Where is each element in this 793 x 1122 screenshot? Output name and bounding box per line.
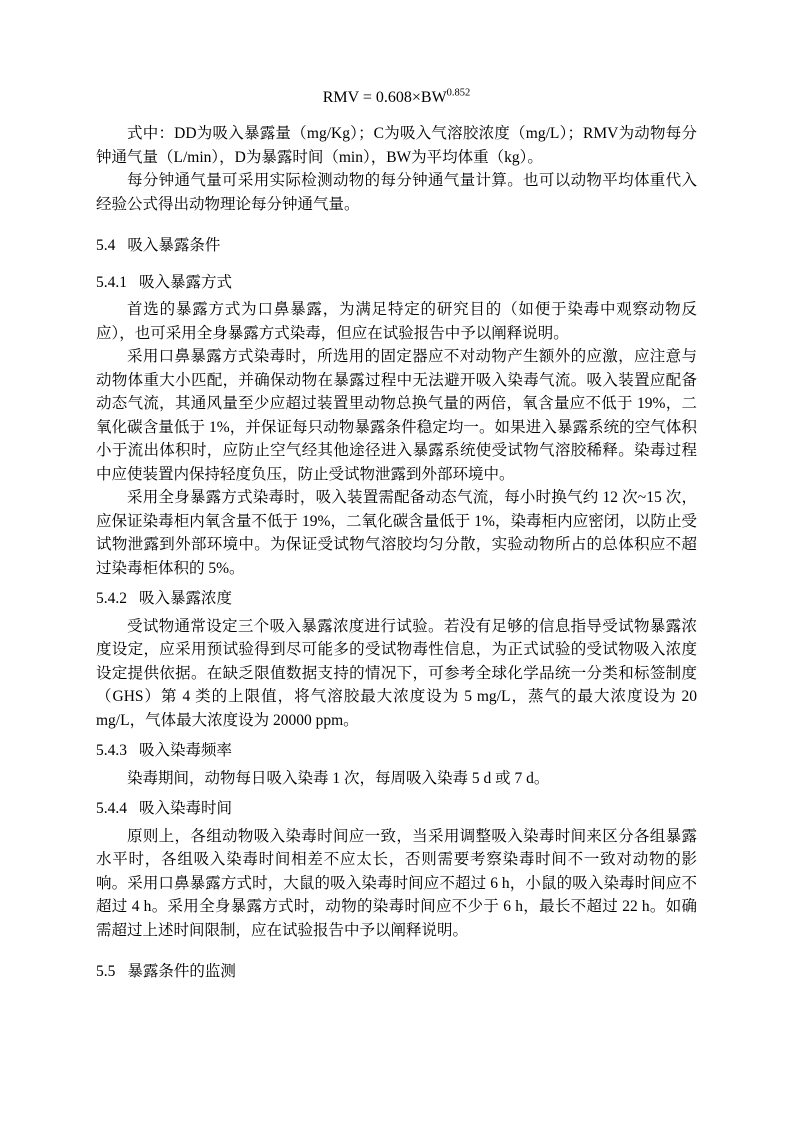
heading-5-4-2-number: 5.4.2 — [96, 590, 127, 607]
heading-5-4-3: 5.4.3吸入染毒频率 — [96, 739, 697, 763]
heading-5-4-1-number: 5.4.1 — [96, 274, 127, 291]
heading-5-4-4-title: 吸入染毒时间 — [139, 800, 232, 817]
heading-5-4-3-title: 吸入染毒频率 — [139, 742, 232, 759]
paragraph-minute-ventilation: 每分钟通气量可采用实际检测动物的每分钟通气量计算。也可以动物平均体重代入经验公式… — [96, 169, 697, 216]
heading-5-4-4-number: 5.4.4 — [96, 800, 127, 817]
paragraph-formula-legend: 式中：DD为吸入暴露量（mg/Kg）；C为吸入气溶胶浓度（mg/L）；RMV为动… — [96, 122, 697, 169]
heading-5-5: 5.5暴露条件的监测 — [96, 960, 697, 984]
heading-5-4-1: 5.4.1吸入暴露方式 — [96, 271, 697, 295]
formula-exponent: 0.852 — [447, 88, 471, 99]
paragraph-nose-only-exposure: 采用口鼻暴露方式染毒时，所选用的固定器应不对动物产生额外的应激，应注意与动物体重… — [96, 345, 697, 486]
heading-5-4-1-title: 吸入暴露方式 — [139, 274, 232, 291]
heading-5-5-number: 5.5 — [96, 963, 115, 980]
formula-base: RMV = 0.608×BW — [323, 89, 447, 106]
heading-5-4-number: 5.4 — [96, 237, 115, 254]
heading-5-4-2-title: 吸入暴露浓度 — [139, 590, 232, 607]
paragraph-exposure-mode-preferred: 首选的暴露方式为口鼻暴露，为满足特定的研究目的（如便于染毒中观察动物反应），也可… — [96, 298, 697, 345]
heading-5-5-title: 暴露条件的监测 — [127, 963, 236, 980]
paragraph-exposure-duration: 原则上，各组动物吸入染毒时间应一致，当采用调整吸入染毒时间来区分各组暴露水平时，… — [96, 825, 697, 943]
paragraph-exposure-frequency: 染毒期间，动物每日吸入染毒 1 次，每周吸入染毒 5 d 或 7 d。 — [96, 767, 697, 791]
formula-rmv: RMV = 0.608×BW0.852 — [96, 86, 697, 110]
document-page: RMV = 0.608×BW0.852 式中：DD为吸入暴露量（mg/Kg）；C… — [0, 0, 793, 1122]
paragraph-exposure-concentration: 受试物通常设定三个吸入暴露浓度进行试验。若没有足够的信息指导受试物暴露浓度设定，… — [96, 615, 697, 733]
heading-5-4-title: 吸入暴露条件 — [127, 237, 220, 254]
heading-5-4-4: 5.4.4吸入染毒时间 — [96, 797, 697, 821]
heading-5-4: 5.4吸入暴露条件 — [96, 234, 697, 258]
heading-5-4-2: 5.4.2吸入暴露浓度 — [96, 587, 697, 611]
paragraph-whole-body-exposure: 采用全身暴露方式染毒时，吸入装置需配备动态气流，每小时换气约 12 次~15 次… — [96, 486, 697, 580]
heading-5-4-3-number: 5.4.3 — [96, 742, 127, 759]
